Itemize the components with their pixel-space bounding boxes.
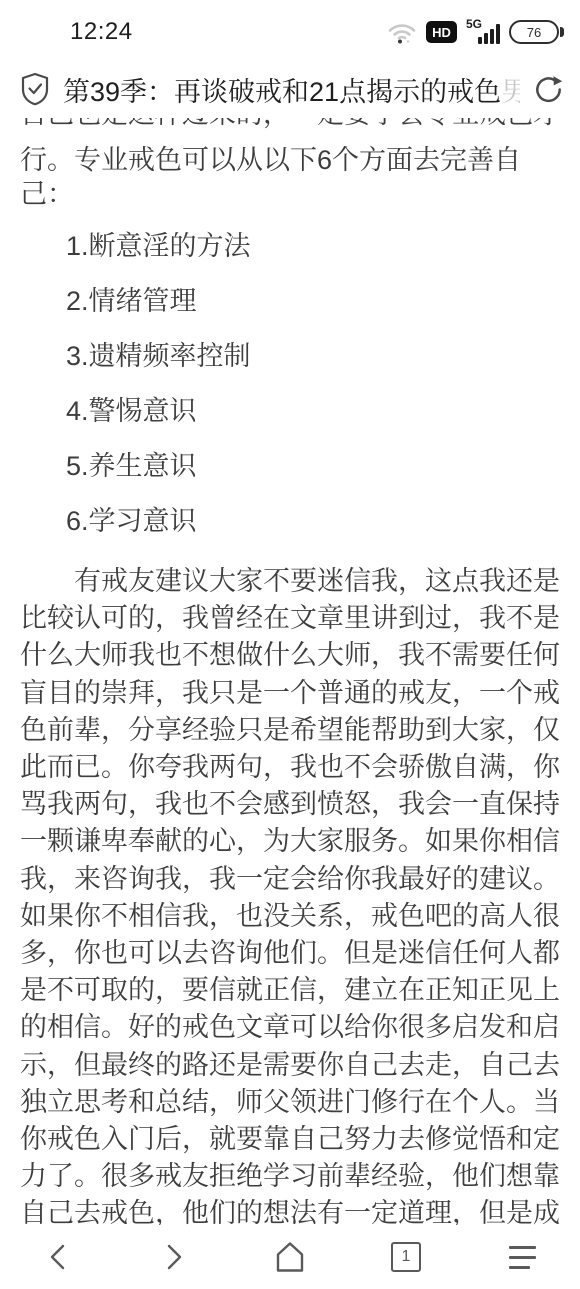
back-button[interactable]: [0, 1225, 116, 1289]
list-item: 1.断意淫的方法: [66, 233, 560, 260]
shield-check-icon[interactable]: [20, 72, 50, 106]
browser-nav-bar: 1: [0, 1225, 580, 1289]
list-item: 4.警惕意识: [66, 398, 560, 425]
home-icon: [272, 1240, 308, 1274]
status-bar: 12:24 HD 5G 76: [0, 0, 580, 60]
browser-title-bar: 第39季：再谈破戒和21点揭示的戒色男: [0, 60, 580, 118]
article-paragraph: 有戒友建议大家不要迷信我，这点我还是比较认可的，我曾经在文章里讲到过，我不是什么…: [20, 563, 560, 1225]
article-content: 自己也是这样过来的，一定要学会专业戒色才 行。专业戒色可以从以下6个方面去完善自…: [0, 118, 580, 1225]
method-list: 1.断意淫的方法 2.情绪管理 3.遗精频率控制 4.警惕意识 5.养生意识 6…: [20, 233, 560, 535]
5g-signal-icon: 5G: [466, 19, 500, 45]
tab-count: 1: [402, 1248, 411, 1266]
tabs-button[interactable]: 1: [348, 1225, 464, 1289]
battery-icon: 76: [509, 20, 559, 44]
back-icon: [48, 1241, 68, 1273]
list-item: 2.情绪管理: [66, 288, 560, 315]
status-icons: HD 5G 76: [387, 19, 564, 45]
home-button[interactable]: [232, 1225, 348, 1289]
list-item: 6.学习意识: [66, 508, 560, 535]
list-item: 3.遗精频率控制: [66, 343, 560, 370]
forward-icon: [164, 1241, 184, 1273]
hd-badge-icon: HD: [426, 21, 457, 43]
article-line: 行。专业戒色可以从以下6个方面去完善自己：: [20, 143, 560, 211]
menu-icon: [509, 1246, 536, 1269]
forward-button[interactable]: [116, 1225, 232, 1289]
refresh-icon[interactable]: [533, 74, 564, 105]
clipped-text-line: 自己也是这样过来的，一定要学会专业戒色才: [20, 118, 560, 129]
page-title-faded-text: 男: [501, 77, 520, 107]
page-title[interactable]: 第39季：再谈破戒和21点揭示的戒色男: [63, 70, 520, 109]
clock-time: 12:24: [70, 18, 133, 46]
tabs-icon: 1: [391, 1242, 421, 1272]
battery-percent: 76: [527, 25, 541, 40]
list-item: 5.养生意识: [66, 453, 560, 480]
menu-button[interactable]: [464, 1225, 580, 1289]
wifi-icon: [387, 20, 417, 44]
page-title-text: 第39季：再谈破戒和21点揭示的戒色: [63, 77, 501, 107]
